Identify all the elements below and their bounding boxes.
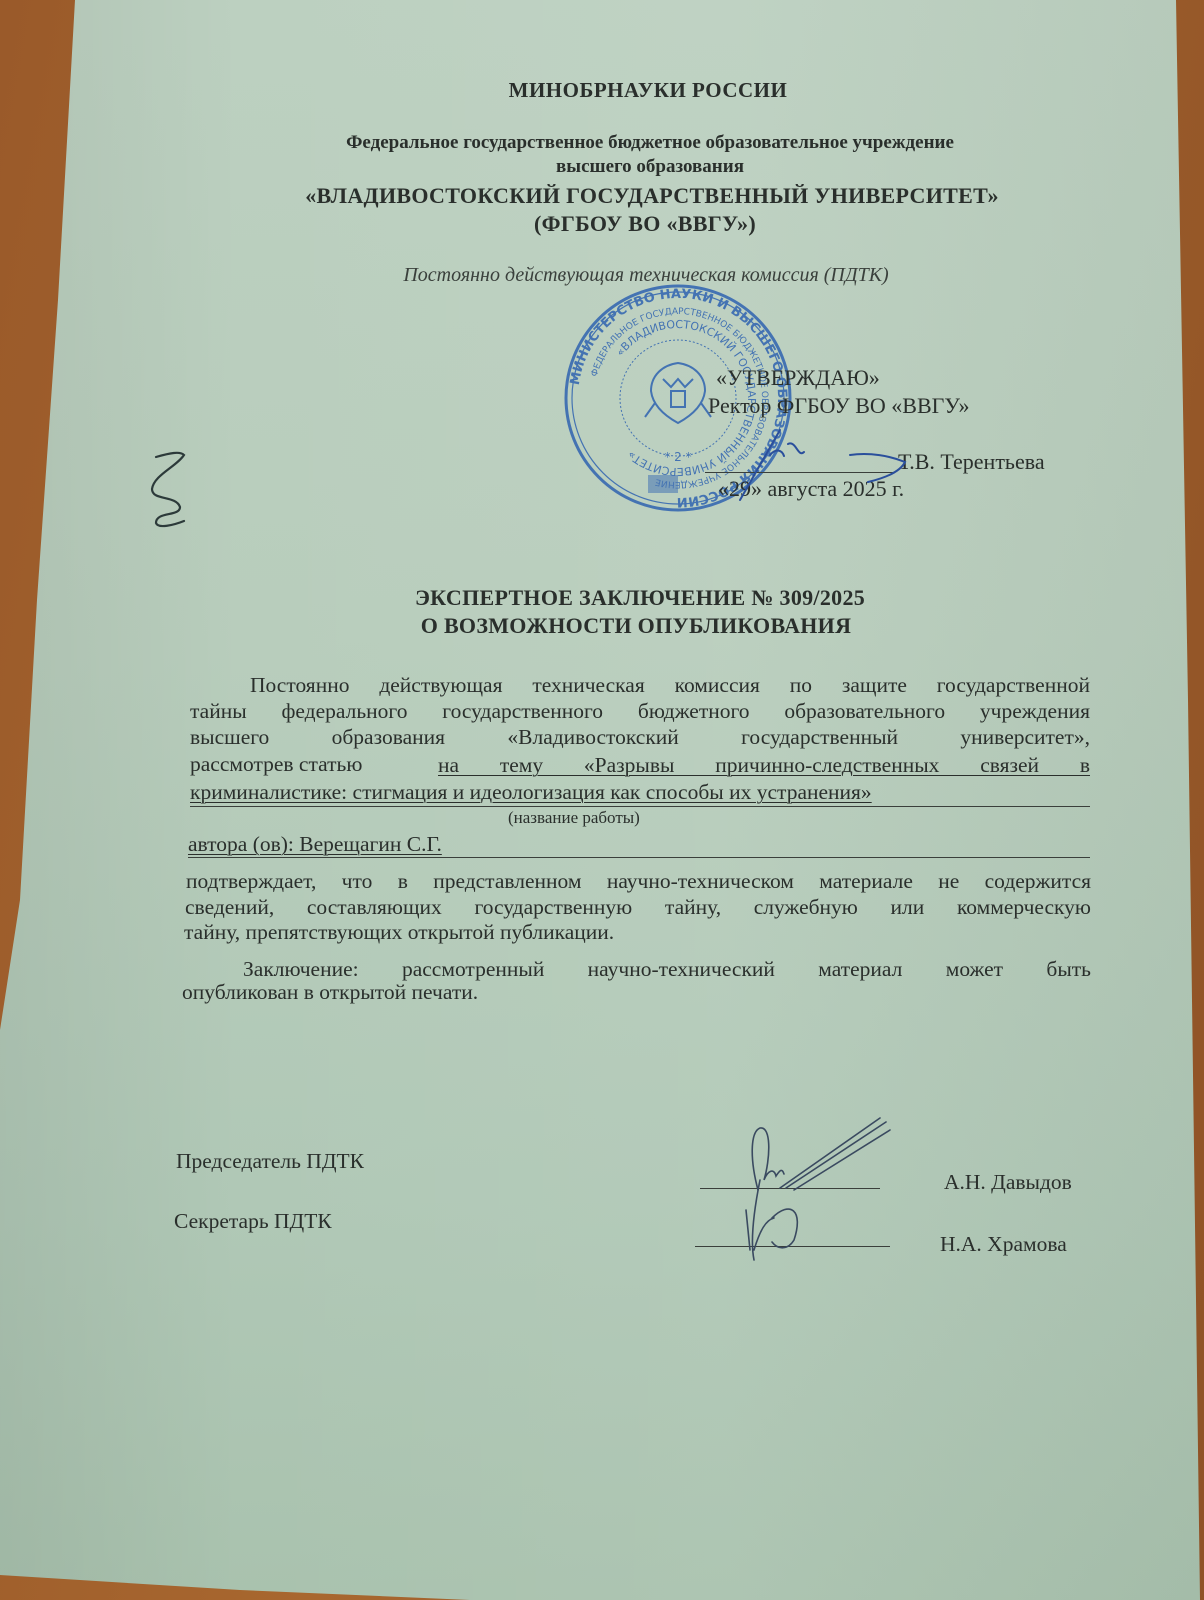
- chairman-signature-line: [700, 1188, 880, 1189]
- university-abbr: (ФГБОУ ВО «ВВГУ»): [534, 211, 756, 237]
- article-topic-line2: криминалистике: стигмация и идеологизаци…: [190, 780, 872, 805]
- document-title: ЭКСПЕРТНОЕ ЗАКЛЮЧЕНИЕ № 309/2025: [415, 585, 865, 611]
- author-line: автора (ов): Верещагин С.Г.: [188, 832, 442, 857]
- secretary-signature-line: [695, 1246, 890, 1247]
- body-p1-line4-prefix: рассмотрев статью: [190, 752, 362, 777]
- body-p2-line3: тайну, препятствующих открытой публикаци…: [184, 920, 614, 945]
- chairman-role: Председатель ПДТК: [176, 1149, 364, 1174]
- topic-underline: [190, 806, 1090, 807]
- body-p1-line2: тайны федерального государственного бюдж…: [190, 698, 1090, 724]
- approval-position: Ректор ФГБОУ ВО «ВВГУ»: [708, 393, 970, 419]
- rector-signature-line: [705, 472, 895, 473]
- institution-line-2: высшего образования: [556, 156, 744, 178]
- body-p2-line1: подтверждает, что в представленном научн…: [186, 868, 1091, 894]
- secretary-name: Н.А. Храмова: [940, 1232, 1067, 1257]
- approval-label: «УТВЕРЖДАЮ»: [716, 365, 880, 391]
- approval-date: «29» августа 2025 г.: [718, 476, 904, 502]
- secretary-role: Секретарь ПДТК: [174, 1209, 332, 1234]
- svg-text:* 2 *: * 2 *: [664, 450, 691, 464]
- body-p2-line2: сведений, составляющих государственную т…: [185, 894, 1091, 920]
- body-p3-line1: Заключение: рассмотренный научно-техниче…: [243, 956, 1091, 982]
- author-underline: [188, 857, 1090, 858]
- body-p1-line1: Постоянно действующая техническая комисс…: [250, 672, 1090, 698]
- article-topic-line1: на тему «Разрывы причинно-следственных с…: [438, 752, 1090, 778]
- university-name: «ВЛАДИВОСТОКСКИЙ ГОСУДАРСТВЕННЫЙ УНИВЕРС…: [305, 183, 999, 209]
- institution-line-1: Федеральное государственное бюджетное об…: [346, 132, 954, 154]
- document-subtitle: О ВОЗМОЖНОСТИ ОПУБЛИКОВАНИЯ: [421, 613, 852, 639]
- topic-caption: (название работы): [508, 808, 640, 828]
- ministry-heading: МИНОБРНАУКИ РОССИИ: [509, 78, 788, 103]
- body-p3-line2: опубликован в открытой печати.: [182, 980, 478, 1005]
- rector-name: Т.В. Терентьева: [898, 449, 1045, 475]
- body-p1-line3: высшего образования «Владивостокский гос…: [190, 724, 1090, 750]
- chairman-name: А.Н. Давыдов: [944, 1170, 1072, 1195]
